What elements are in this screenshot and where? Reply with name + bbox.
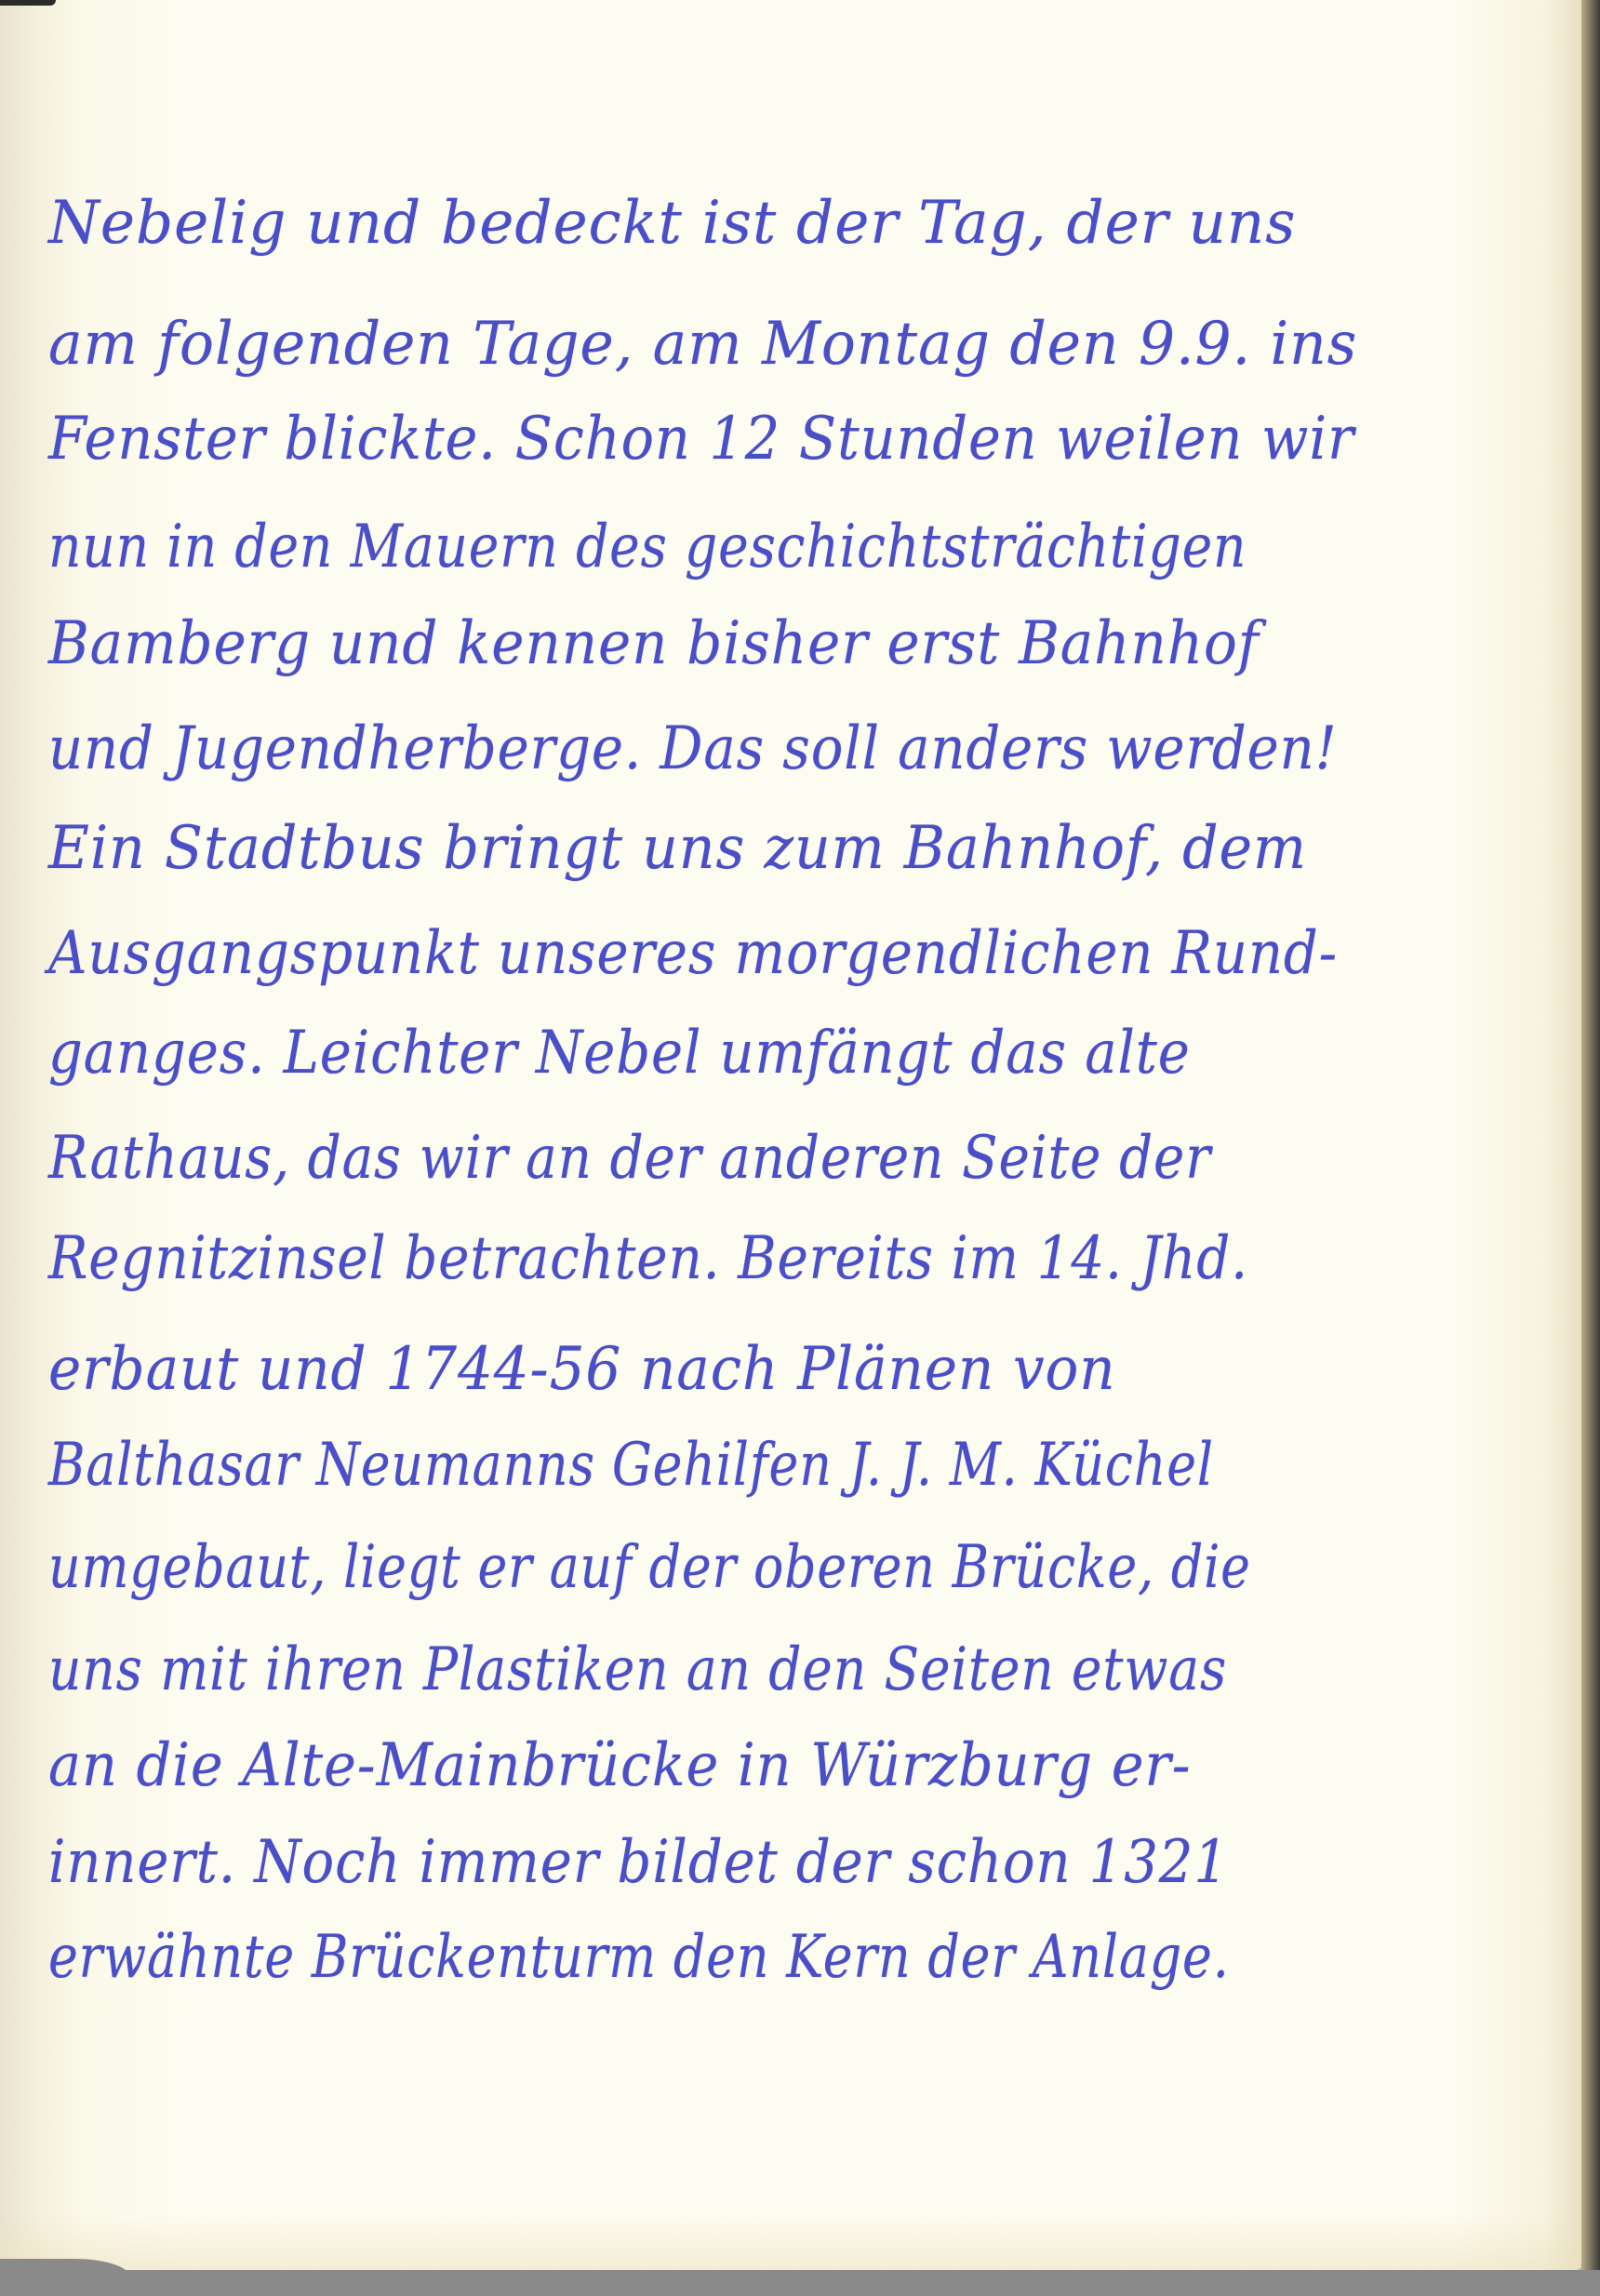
handwritten-line: Ausgangspunkt unseres morgendlichen Rund… — [48, 916, 1338, 991]
handwritten-line: ganges. Leichter Nebel umfängt das alte — [48, 1016, 1191, 1090]
page-bottom-stain — [0, 2214, 1581, 2270]
handwritten-line: Balthasar Neumanns Gehilfen J. J. M. Küc… — [48, 1428, 1214, 1502]
handwritten-line: Bamberg und kennen bisher erst Bahnhof — [48, 607, 1260, 681]
handwritten-line: Regnitzinsel betrachten. Bereits im 14. … — [48, 1221, 1248, 1296]
handwritten-line: Nebelig und bedeckt ist der Tag, der uns — [48, 186, 1296, 260]
handwritten-line: an die Alte-Mainbrücke in Würzburg er- — [48, 1729, 1191, 1803]
handwritten-line: nun in den Mauern des geschichtsträchtig… — [48, 510, 1247, 584]
handwritten-line: Fenster blickte. Schon 12 Stunden weilen… — [48, 402, 1354, 476]
notebook-page: Nebelig und bedeckt ist der Tag, der uns… — [0, 0, 1581, 2270]
handwritten-line: innert. Noch immer bildet der schon 1321 — [48, 1825, 1229, 1900]
binding-shadow — [0, 0, 56, 6]
handwritten-line: Rathaus, das wir an der anderen Seite de… — [48, 1121, 1211, 1195]
handwritten-line: erwähnte Brückenturm den Kern der Anlage… — [48, 1920, 1230, 1995]
handwritten-line: am folgenden Tage, am Montag den 9.9. in… — [48, 307, 1357, 381]
handwritten-line: uns mit ihren Plastiken an den Seiten et… — [48, 1633, 1227, 1707]
handwritten-line: Ein Stadtbus bringt uns zum Bahnhof, dem — [48, 811, 1307, 886]
handwritten-line: und Jugendherberge. Das soll anders werd… — [48, 712, 1338, 786]
handwritten-line: umgebaut, liegt er auf der oberen Brücke… — [48, 1530, 1251, 1605]
handwritten-line: erbaut und 1744-56 nach Plänen von — [48, 1332, 1116, 1407]
page-fold-corner — [0, 2259, 130, 2296]
book-edge-shadow — [1581, 0, 1600, 2270]
